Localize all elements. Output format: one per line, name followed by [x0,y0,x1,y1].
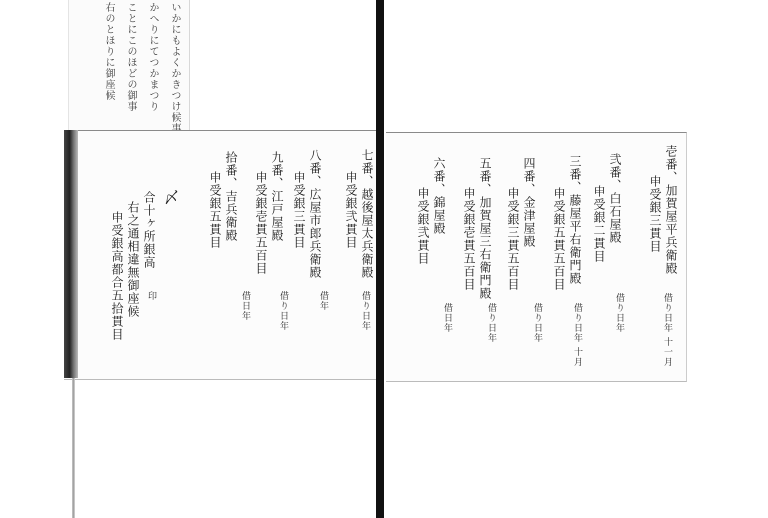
slip-column-3: ことにこのほどの御事 [124,2,137,112]
page-stub-edge [72,378,75,518]
entry-10-note: 借日年 [240,291,250,321]
right-page: 壱番、加賀屋平兵衛殿 申受銀三貫目 借り日年 十一月 弐番、白石屋殿 申受銀二貫… [386,132,687,382]
entry-6-head: 六番、錦屋殿 [432,157,445,235]
slip-column-2: かへりにてつかまつり [146,2,159,112]
entry-2-head: 弐番、白石屋殿 [608,153,621,244]
entry-3-amount: 申受銀五貫五百目 [552,187,565,291]
entry-4-head: 四番、金津屋殿 [522,157,535,248]
slip-column-4: 右のとほりに御座候 [102,2,115,101]
center-gutter [376,0,384,518]
entry-3-note: 借り日年 十月 [572,303,582,367]
closing-mark: 〆 [164,189,177,206]
total-line-2: 右之通相違無御座候 [126,201,139,318]
entry-6-note: 借日年 [442,303,452,333]
entry-2-amount: 申受銀二貫目 [592,185,605,263]
entry-1-head: 壱番、加賀屋平兵衛殿 [664,145,677,275]
entry-8-amount: 申受銀三貫目 [292,171,305,249]
entry-5-amount: 申受銀壱貫五百目 [462,187,475,291]
entry-7-amount: 申受銀弐貫目 [344,171,357,249]
entry-1-note: 借り日年 十一月 [662,293,672,367]
left-page: 七番、越後屋太兵衛殿 申受銀弐貫目 借り日年 八番、広屋市郎兵衛殿 申受銀三貫目… [64,130,378,380]
entry-4-note: 借り日年 [532,303,542,343]
entry-3-head: 三番、藤屋平右衛門殿 [568,155,581,285]
entry-10-amount: 申受銀五貫目 [208,171,221,249]
entry-9-note: 借り日年 [278,291,288,331]
entry-8-note: 借年 [318,291,328,311]
entry-8-head: 八番、広屋市郎兵衛殿 [308,149,321,279]
entry-9-amount: 申受銀壱貫五百目 [254,171,267,275]
entry-10-head: 拾番、吉兵衛殿 [224,151,237,242]
entry-1-amount: 申受銀三貫目 [648,175,661,253]
entry-4-amount: 申受銀三貫五百目 [506,187,519,291]
seal-mark: 印 [146,291,156,301]
entry-6-amount: 申受銀弐貫目 [416,187,429,265]
total-line-1: 合十ヶ所銀高 [142,191,155,269]
entry-2-note: 借り日年 [614,293,624,333]
attached-slip: いかにもよくかきつけ候事 かへりにてつかまつり ことにこのほどの御事 右のとほり… [68,0,190,132]
binding-edge [64,130,78,378]
entry-7-head: 七番、越後屋太兵衛殿 [360,149,373,279]
entry-9-head: 九番、江戸屋殿 [270,151,283,242]
entry-7-note: 借り日年 [360,291,370,331]
entry-5-note: 借り日年 [486,303,496,343]
total-line-3: 申受銀高都合五拾貫目 [110,211,123,341]
slip-column-1: いかにもよくかきつけ候事 [168,2,181,134]
entry-5-head: 五番、加賀屋三右衛門殿 [478,157,491,300]
